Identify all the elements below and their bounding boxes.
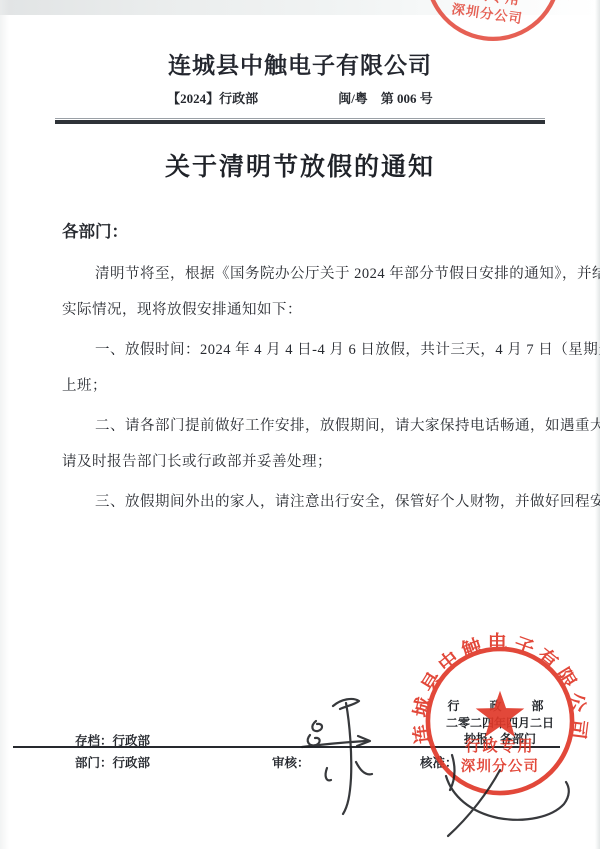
department-label: 部门：行政部 (75, 753, 150, 771)
header-divider (55, 118, 545, 124)
scan-artifact-top (0, 0, 600, 15)
body-line: 一、放假时间：2024 年 4 月 4 日-4 月 6 日放假，共计三天，4 月… (62, 338, 600, 359)
document-number-left: 【2024】行政部 (167, 88, 258, 107)
approver-signature (446, 755, 569, 836)
document-number-right: 闽/粤 第 006 号 (338, 88, 433, 107)
body-line: 上班； (62, 374, 107, 395)
body-line: 请及时报告部门长或行政部并妥善处理； (62, 450, 332, 471)
document-number-line: 【2024】行政部 闽/粤 第 006 号 (55, 88, 545, 107)
salutation: 各部门： (62, 218, 128, 242)
notice-title: 关于清明节放假的通知 (0, 147, 600, 183)
body-line: 三、放假期间外出的家人，请注意出行安全，保管好个人财物，并做好回程安排。 (62, 490, 600, 511)
footer-rule (13, 746, 560, 748)
stamp-branch-text: 深圳分公司 (461, 757, 539, 775)
review-label: 审核： (272, 753, 310, 771)
approve-label: 核准： (420, 753, 458, 771)
reviewer-signature (302, 699, 372, 814)
company-title: 连城县中触电子有限公司 (0, 47, 600, 80)
scan-artifact-left (0, 0, 9, 849)
issue-date: 二零二四年四月二日 (425, 715, 575, 732)
document-page: 连城县中触电子有限公司 行政专用 深圳分公司 连城县中触电子有限公司 【2024… (0, 0, 600, 849)
issuing-department: 行 政 部 (425, 698, 575, 715)
body-line: 清明节将至，根据《国务院办公厅关于 2024 年部分节假日安排的通知》，并结合我… (62, 262, 600, 283)
body-line: 实际情况，现将放假安排通知如下： (62, 298, 302, 319)
body-line: 二、请各部门提前做好工作安排，放假期间，请大家保持电话畅通，如遇重大突发事件， (62, 414, 600, 435)
footer-signoff-block: 行 政 部 二零二四年四月二日 抄报：各部门 (425, 698, 575, 748)
